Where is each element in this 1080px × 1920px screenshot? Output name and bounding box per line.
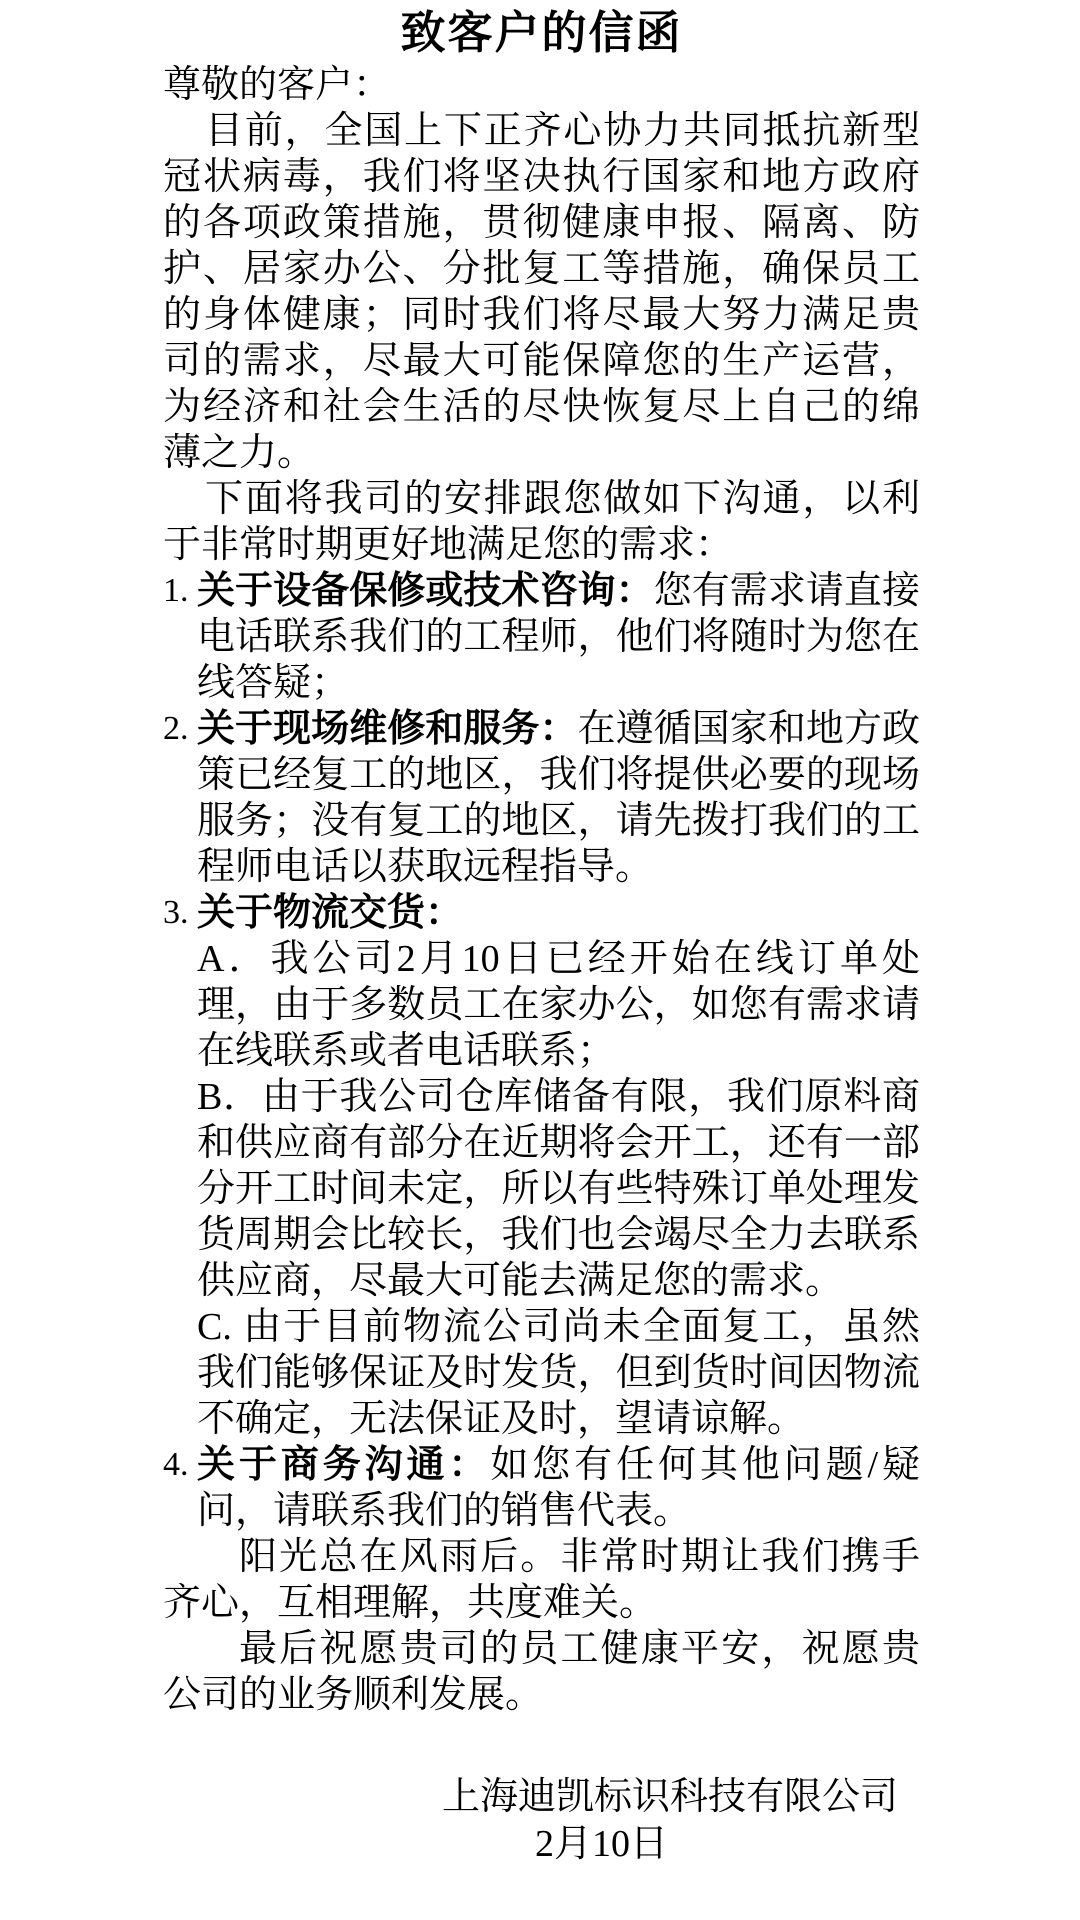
list-item-4-number: 4.	[163, 1442, 197, 1488]
closing-paragraph-2: 最后祝愿贵司的员工健康平安，祝愿贵公司的业务顺利发展。	[163, 1626, 920, 1718]
list-item-4: 4. 关于商务沟通：如您有任何其他问题/疑问，请联系我们的销售代表。	[163, 1442, 920, 1534]
list-item-3-body: 关于物流交货： A．我公司2月10日已经开始在线订单处理，由于多数员工在家办公，…	[197, 890, 920, 1442]
signature-block: 上海迪凯标识科技有限公司 2月10日	[163, 1774, 920, 1868]
sub-item-c: C. 由于目前物流公司尚未全面复工，虽然我们能够保证及时发货，但到货时间因物流不…	[197, 1304, 920, 1442]
letter-body: 尊敬的客户： 目前，全国上下正齐心协力共同抵抗新型冠状病毒，我们将坚决执行国家和…	[163, 62, 920, 1868]
list-item-4-heading: 关于商务沟通：	[197, 1444, 490, 1486]
signature-date: 2月10日	[163, 1821, 920, 1868]
list-item-1-heading: 关于设备保修或技术咨询：	[197, 570, 654, 612]
list-item-2-number: 2.	[163, 706, 197, 752]
list-item-3-heading-row: 关于物流交货：	[197, 890, 920, 936]
sub-item-a: A．我公司2月10日已经开始在线订单处理，由于多数员工在家办公，如您有需求请在线…	[197, 936, 920, 1074]
paragraph-arrangement: 下面将我司的安排跟您做如下沟通，以利于非常时期更好地满足您的需求：	[163, 476, 920, 568]
page-title: 致客户的信函	[163, 6, 920, 60]
list-item-3-number: 3.	[163, 890, 197, 936]
paragraph-intro: 目前，全国上下正齐心协力共同抵抗新型冠状病毒，我们将坚决执行国家和地方政府的各项…	[163, 108, 920, 476]
list-item-3: 3. 关于物流交货： A．我公司2月10日已经开始在线订单处理，由于多数员工在家…	[163, 890, 920, 1442]
list-item-2: 2. 关于现场维修和服务：在遵循国家和地方政策已经复工的地区，我们将提供必要的现…	[163, 706, 920, 890]
signature-company: 上海迪凯标识科技有限公司	[163, 1774, 920, 1821]
closing-paragraph-1: 阳光总在风雨后。非常时期让我们携手齐心，互相理解，共度难关。	[163, 1534, 920, 1626]
sub-item-b: B．由于我公司仓库储备有限，我们原料商和供应商有部分在近期将会开工，还有一部分开…	[197, 1074, 920, 1304]
list-item-4-body: 关于商务沟通：如您有任何其他问题/疑问，请联系我们的销售代表。	[197, 1442, 920, 1534]
letter-content: 致客户的信函 尊敬的客户： 目前，全国上下正齐心协力共同抵抗新型冠状病毒，我们将…	[0, 0, 1080, 1868]
list-item-3-heading: 关于物流交货：	[197, 892, 463, 934]
list-item-1-number: 1.	[163, 568, 197, 614]
letter-document: 致客户的信函 尊敬的客户： 目前，全国上下正齐心协力共同抵抗新型冠状病毒，我们将…	[0, 0, 1080, 1920]
salutation: 尊敬的客户：	[163, 62, 920, 108]
list-item-2-body: 关于现场维修和服务：在遵循国家和地方政策已经复工的地区，我们将提供必要的现场服务…	[197, 706, 920, 890]
list-item-1: 1. 关于设备保修或技术咨询：您有需求请直接电话联系我们的工程师，他们将随时为您…	[163, 568, 920, 706]
list-item-1-body: 关于设备保修或技术咨询：您有需求请直接电话联系我们的工程师，他们将随时为您在线答…	[197, 568, 920, 706]
list-item-2-heading: 关于现场维修和服务：	[197, 708, 578, 750]
